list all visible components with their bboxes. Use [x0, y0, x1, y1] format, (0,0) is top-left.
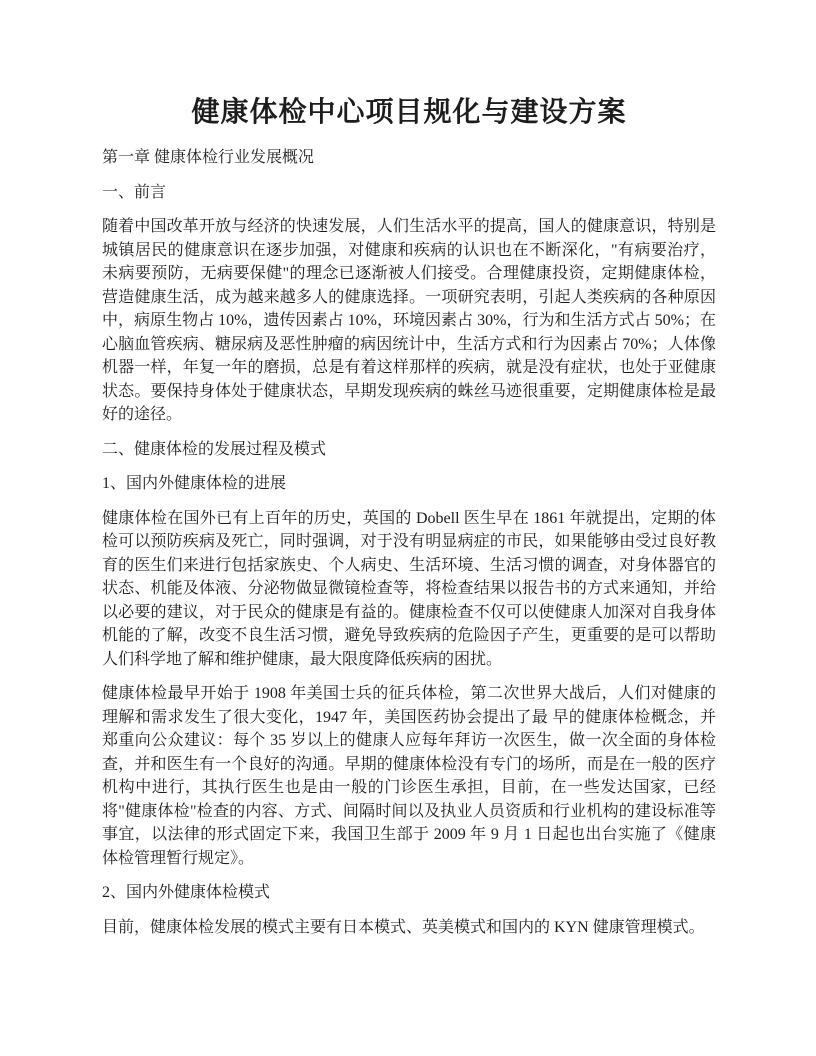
paragraph-models: 目前，健康体检发展的模式主要有日本模式、英美模式和国内的 KYN 健康管理模式。 [102, 916, 716, 940]
chapter-heading: 第一章 健康体检行业发展概况 [102, 146, 716, 170]
paragraph-history-abroad: 健康体检在国外已有上百年的历史，英国的 Dobell 医生早在 1861 年就提… [102, 507, 716, 672]
paragraph-foreword: 随着中国改革开放与经济的快速发展，人们生活水平的提高，国人的健康意识，特别是城镇… [102, 215, 716, 427]
subsection-heading-models: 2、国内外健康体检模式 [102, 881, 716, 905]
document-title: 健康体检中心项目规化与建设方案 [102, 96, 716, 130]
document-page: 健康体检中心项目规化与建设方案 第一章 健康体检行业发展概况 一、前言 随着中国… [0, 0, 816, 1056]
subsection-heading-progress: 1、国内外健康体检的进展 [102, 472, 716, 496]
section-heading-development: 二、健康体检的发展过程及模式 [102, 438, 716, 462]
paragraph-history-origin: 健康体检最早开始于 1908 年美国士兵的征兵体检，第二次世界大战后，人们对健康… [102, 682, 716, 870]
section-heading-foreword: 一、前言 [102, 181, 716, 205]
